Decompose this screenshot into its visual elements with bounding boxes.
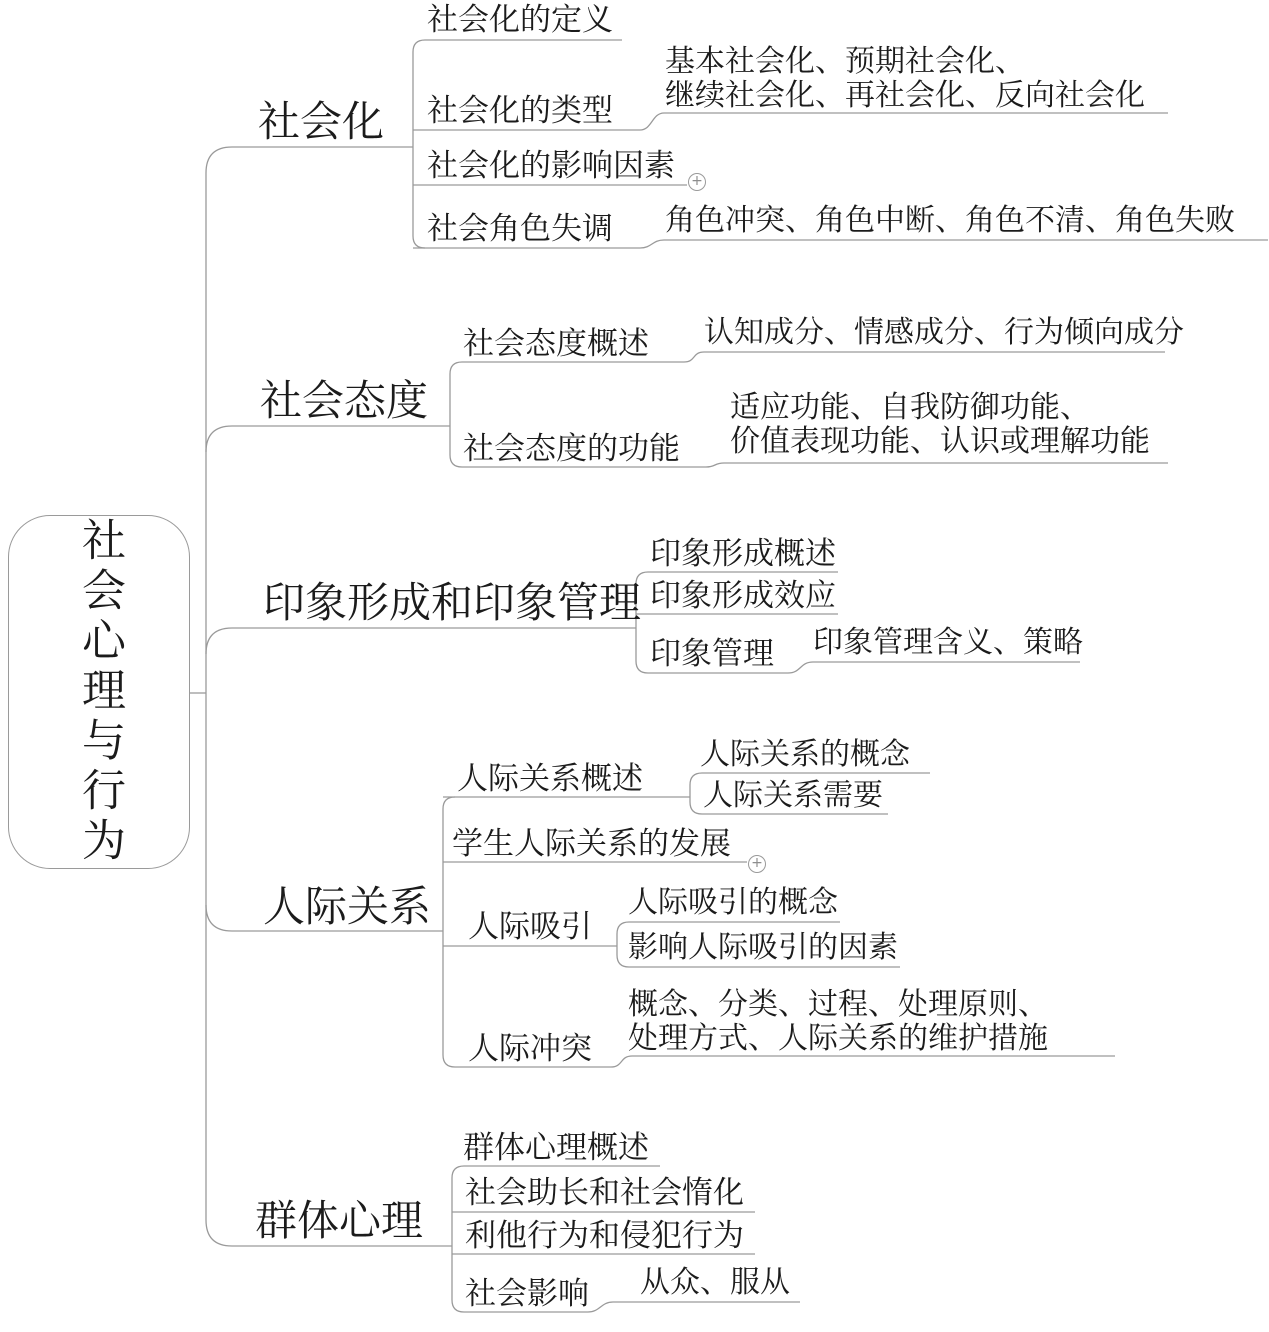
root-topic-label: 社会心理与行为 [74, 517, 124, 867]
branch-impression[interactable]: 印象形成和印象管理 [263, 581, 641, 627]
topic-social-facilitation-loafing[interactable]: 社会助长和社会惰化 [465, 1175, 744, 1210]
topic-impression-management[interactable]: 印象管理 [650, 636, 774, 671]
topic-interpersonal-conflict[interactable]: 人际冲突 [468, 1031, 592, 1066]
topic-impression-formation-overview[interactable]: 印象形成概述 [650, 536, 836, 571]
topic-interpersonal-attraction[interactable]: 人际吸引 [468, 909, 592, 944]
leaf-interpersonal-conflict[interactable]: 概念、分类、过程、处理原则、 处理方式、人际关系的维护措施 [628, 988, 1048, 1056]
branch-impression-connector [206, 628, 636, 654]
attitude-bracket [450, 362, 462, 467]
leaf-attraction-concept[interactable]: 人际吸引的概念 [628, 886, 838, 920]
topic-attitude-functions[interactable]: 社会态度的功能 [463, 431, 680, 466]
topic-role-maladjustment[interactable]: 社会角色失调 [427, 211, 613, 246]
topic-social-influence[interactable]: 社会影响 [465, 1276, 589, 1311]
group-bracket [452, 1166, 464, 1312]
leaf-relation-concept[interactable]: 人际关系的概念 [700, 738, 910, 772]
topic-impression-formation-effects[interactable]: 印象形成效应 [650, 578, 836, 613]
leaf-attitude-functions[interactable]: 适应功能、自我防御功能、 价值表现功能、认识或理解功能 [730, 391, 1150, 459]
branch-attitude-connector [206, 426, 450, 452]
socialization-bracket [413, 40, 425, 248]
topic-socialization-types[interactable]: 社会化的类型 [427, 93, 613, 128]
branch-social-attitude[interactable]: 社会态度 [260, 379, 428, 425]
topic-relation-overview[interactable]: 人际关系概述 [457, 761, 643, 796]
leaf-socialization-types[interactable]: 基本社会化、预期社会化、 继续社会化、再社会化、反向社会化 [665, 45, 1145, 113]
topic-attitude-overview[interactable]: 社会态度概述 [463, 326, 649, 361]
leaf-social-influence[interactable]: 从众、服从 [640, 1266, 790, 1300]
leaf-relation-need[interactable]: 人际关系需要 [703, 779, 883, 813]
leaf-role-maladjustment[interactable]: 角色冲突、角色中断、角色不清、角色失败 [665, 204, 1235, 238]
topic-group-psychology-overview[interactable]: 群体心理概述 [463, 1130, 649, 1165]
topic-socialization-definition[interactable]: 社会化的定义 [427, 2, 613, 37]
mindmap-canvas: 社会心理与行为 社会化 社会化的定义 社会化的类型 基本社会化、预期社会化、 继… [0, 0, 1269, 1332]
topic-student-relation-development[interactable]: 学生人际关系的发展 [452, 826, 731, 861]
root-topic-box[interactable]: 社会心理与行为 [8, 515, 190, 869]
leaf-attitude-components[interactable]: 认知成分、情感成分、行为倾向成分 [704, 316, 1184, 350]
leaf-attraction-factors[interactable]: 影响人际吸引的因素 [628, 931, 898, 965]
branch-interpersonal-relation[interactable]: 人际关系 [263, 885, 431, 931]
relation-overview-subbracket [690, 773, 702, 814]
branch-group-psychology[interactable]: 群体心理 [255, 1199, 423, 1245]
expand-icon-socialization-factors[interactable]: + [688, 173, 706, 191]
leaf-impression-management[interactable]: 印象管理含义、策略 [813, 626, 1083, 660]
topic-altruism-aggression[interactable]: 利他行为和侵犯行为 [465, 1218, 744, 1253]
topic-socialization-factors[interactable]: 社会化的影响因素 [427, 148, 675, 183]
branch-socialization[interactable]: 社会化 [258, 100, 384, 146]
trunk-connector [206, 147, 452, 1246]
expand-icon-student-relation[interactable]: + [748, 855, 766, 873]
